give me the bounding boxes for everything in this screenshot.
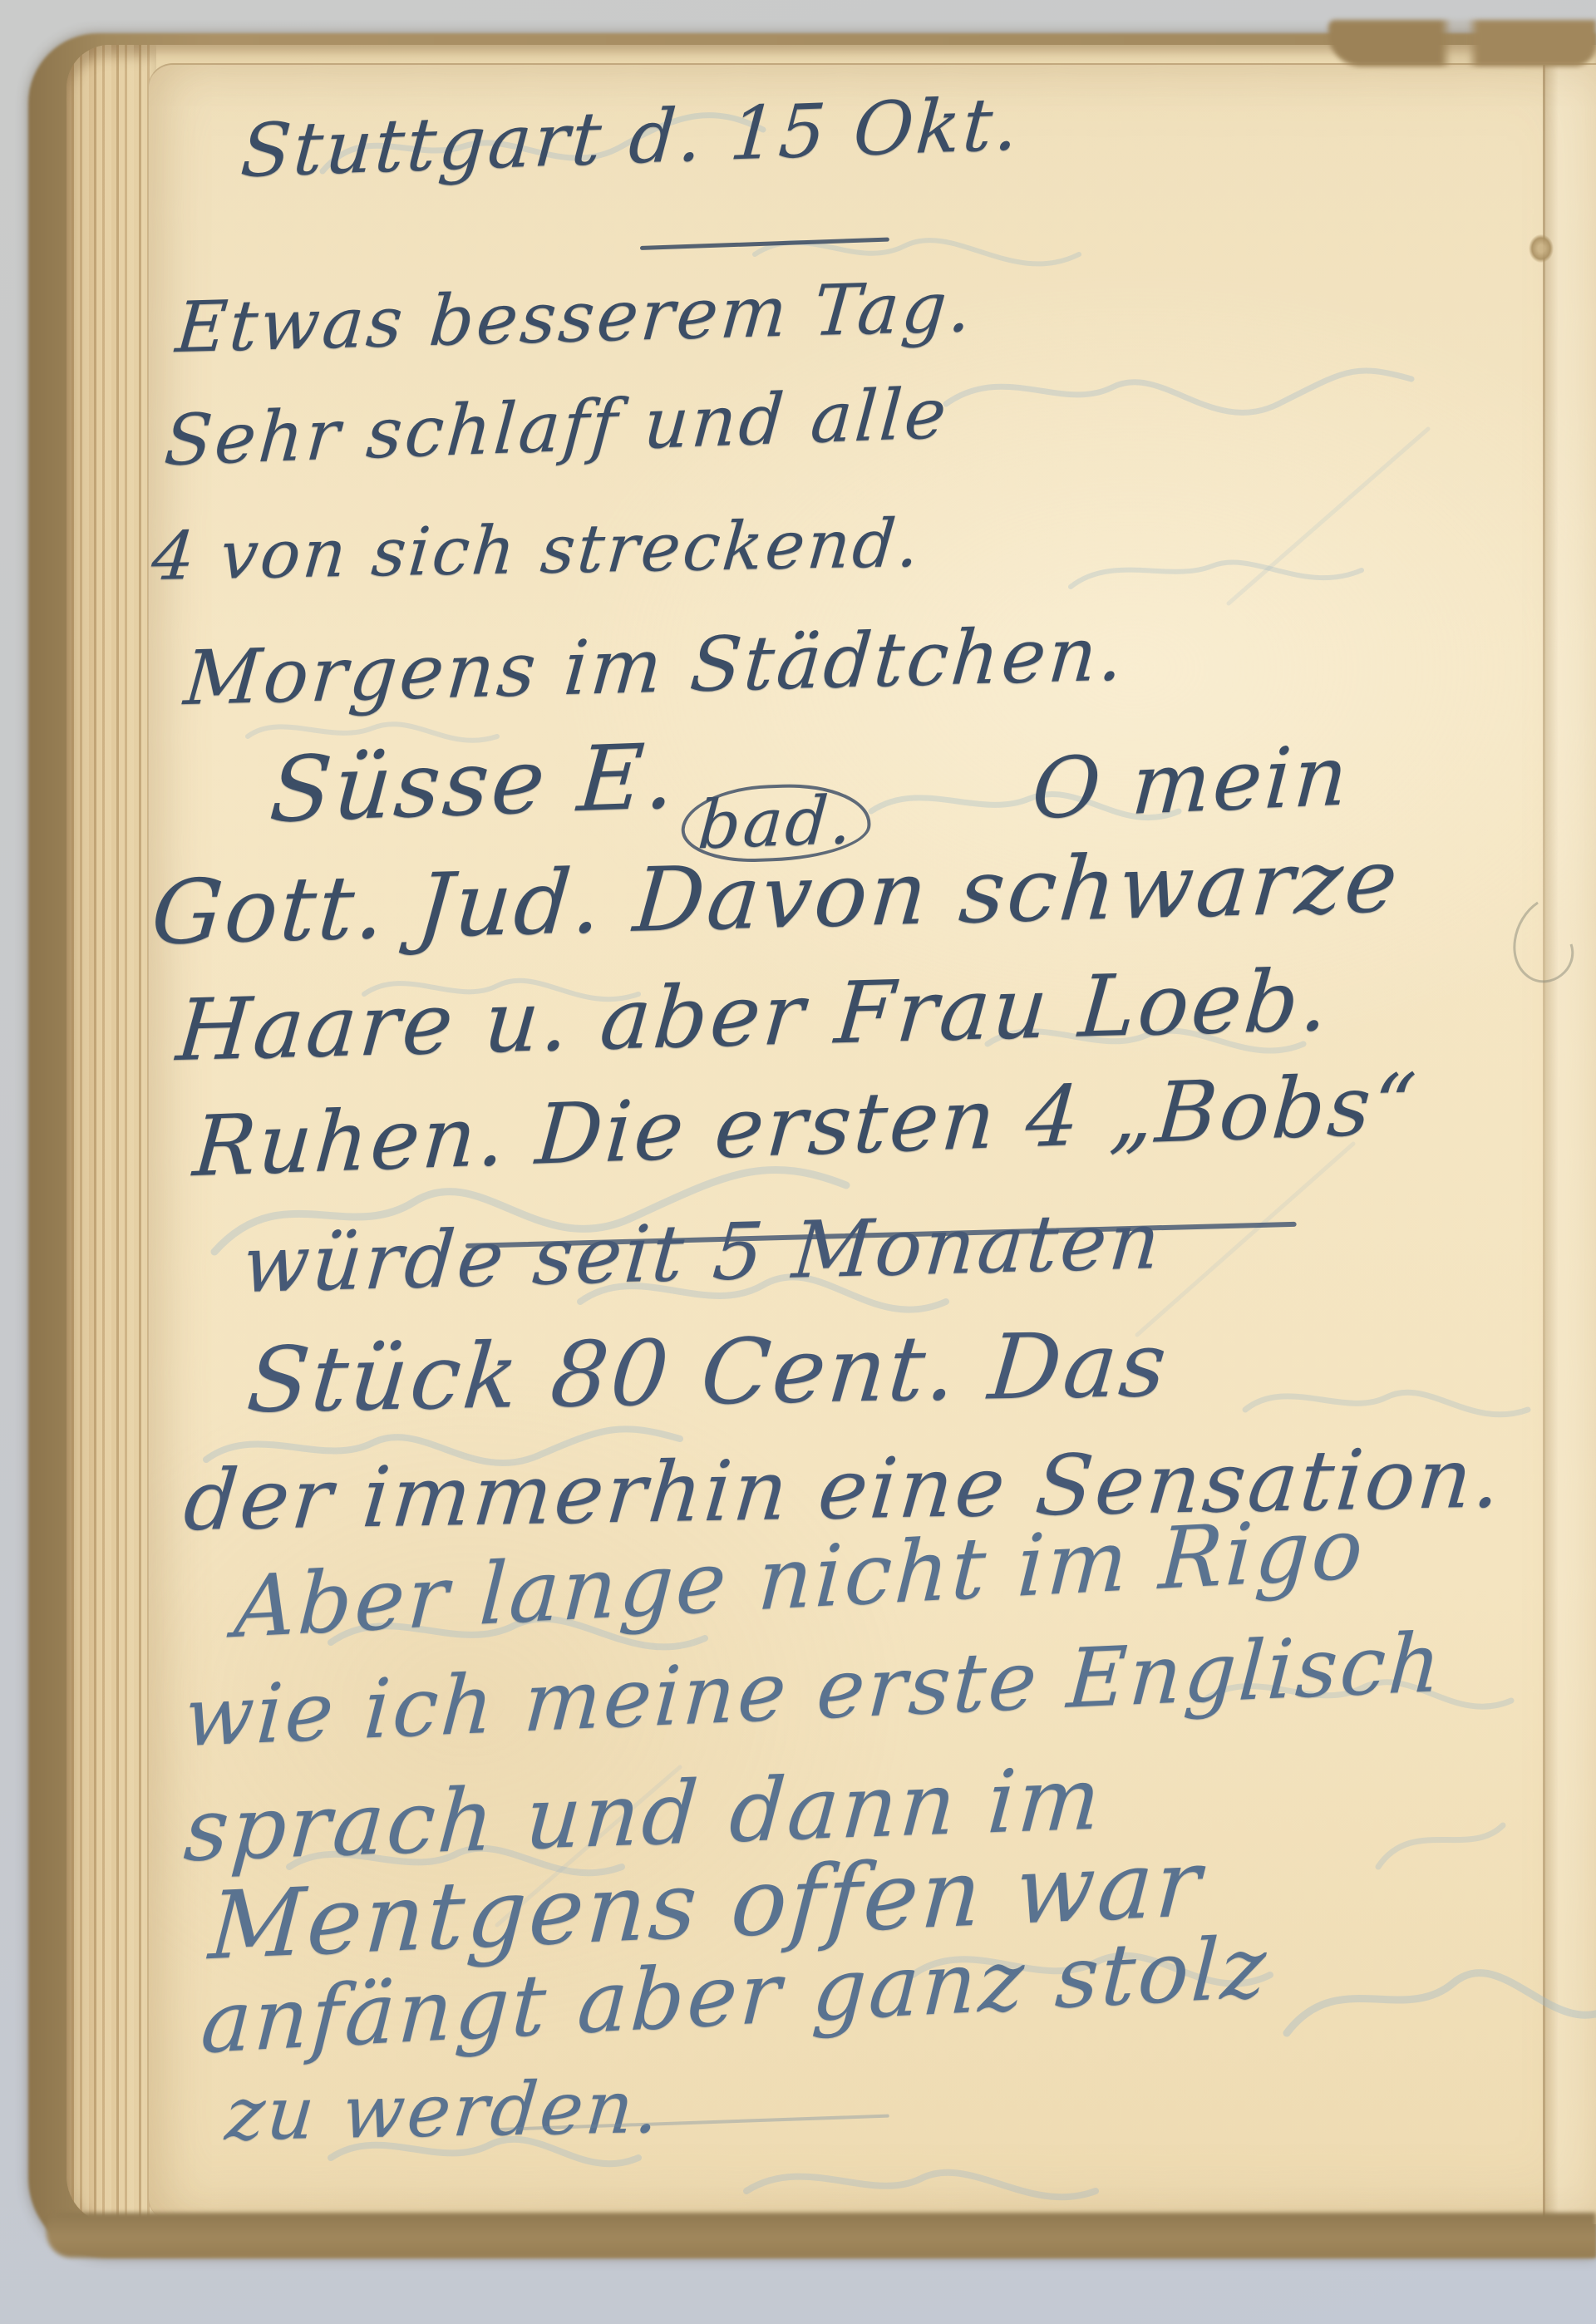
page-edge-striations — [66, 45, 156, 2224]
handwritten-line: zu werden. — [223, 2070, 664, 2151]
gutter-fold-line — [1543, 65, 1545, 2218]
handwritten-line: Stück 80 Cent. Das — [244, 1321, 1172, 1427]
worn-cover-edge-bottom — [47, 2213, 1596, 2258]
handwritten-line: 4 von sich streckend. — [149, 510, 924, 590]
handwritten-line: Etwas besserem Tag. — [174, 272, 977, 362]
handwritten-line: Süsse E. — [267, 732, 680, 836]
worn-spine-cloth-top — [1328, 20, 1596, 66]
handwritten-line: O mein — [1030, 734, 1352, 831]
diary-photo: Stuttgart d. 15 Okt. Etwas besserem Tag.… — [0, 0, 1596, 2324]
handwritten-line: würde seit 5 Monaten — [239, 1203, 1165, 1305]
gutter-margin — [1545, 65, 1596, 2218]
